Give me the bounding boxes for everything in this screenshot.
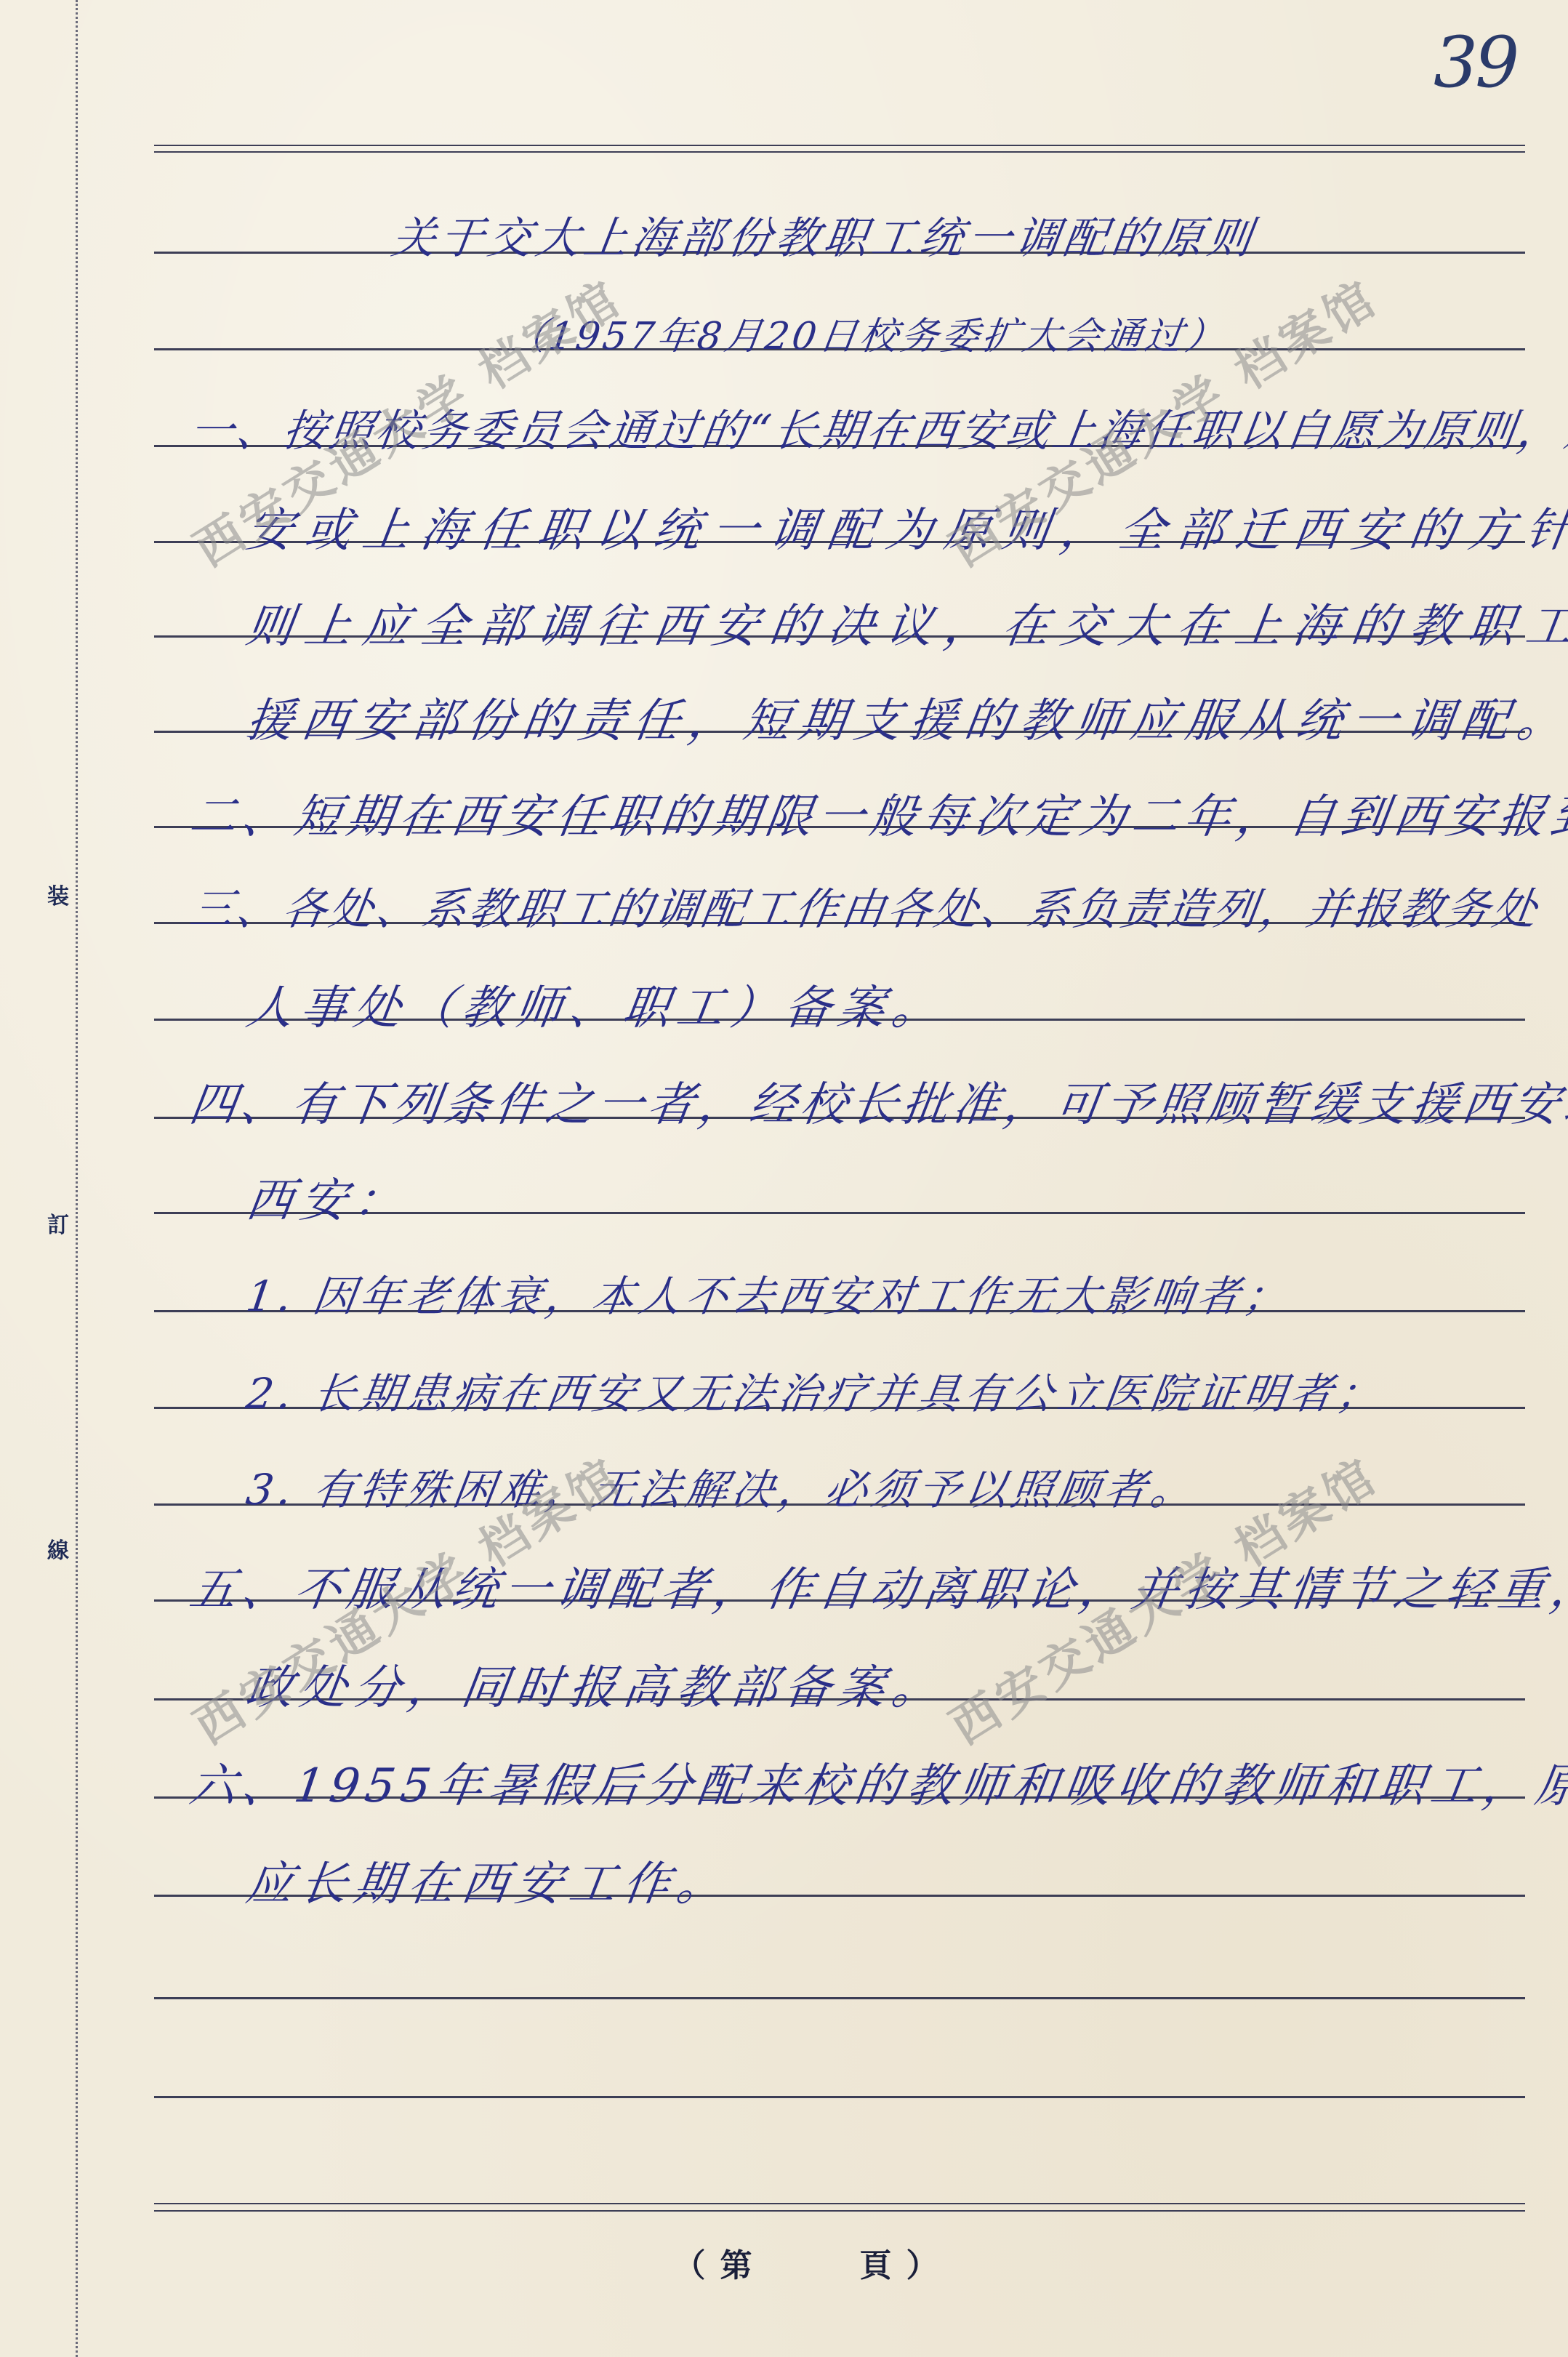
clause-4-item-1: 1. 因年老体衰，本人不去西安对工作无大影响者；: [243, 1262, 1295, 1323]
clause-1-line-4: 援西安部份的责任，短期支援的教师应服从统一调配。: [243, 683, 1568, 750]
clause-3-line-1: 三、各处、系教职工的调配工作由各处、系负责造列，并报教务处（教师）、: [186, 875, 1568, 937]
bottom-double-rule: [154, 2203, 1525, 2204]
document-title: 关于交大上海部份教职工统一调配的原则: [388, 204, 1261, 266]
clause-6-line-2: 应长期在西安工作。: [243, 1847, 736, 1914]
clause-4-item-2: 2. 长期患病在西安又无法治疗并具有公立医院证明者；: [243, 1360, 1388, 1421]
clause-4-line-1: 四、有下列条件之一者，经校长批准，可予照顾暂缓支援西安或免予支援: [186, 1067, 1568, 1134]
binding-char-ding: 訂: [42, 1207, 74, 1239]
bottom-double-rule: [154, 2210, 1525, 2212]
clause-4-line-2: 西安：: [243, 1163, 414, 1230]
binding-char-xian: 線: [42, 1533, 74, 1565]
ruled-line: [154, 1997, 1525, 1999]
page-footer-label: （第 頁）: [0, 2239, 1568, 2286]
clause-1-line-3: 则上应全部调往西安的决议，在交大在上海的教职工均应负有支: [243, 589, 1568, 656]
clause-5-line-2: 政处分，同时报高教部备案。: [243, 1650, 952, 1717]
clause-1-line-1: 一、按照校务委员会通过的“长期在西安或上海任职以自愿为原则，短期在西: [186, 396, 1568, 459]
top-double-rule: [154, 145, 1525, 146]
clause-2: 二、短期在西安任职的期限一般每次定为二年，自到西安报到之日起。: [186, 779, 1568, 846]
folio-number: 39: [1434, 22, 1516, 103]
clause-4-item-3: 3. 有特殊困难，无法解决，必须予以照顾者。: [243, 1455, 1202, 1517]
binding-char-zhuang: 装: [42, 878, 74, 910]
binding-dotted-line: [76, 0, 78, 2357]
clause-1-line-2: 安或上海任职以统一调配为原则，全部迁西安的方针，其教职工原: [243, 493, 1568, 560]
clause-6-line-1: 六、1955年暑假后分配来校的教师和吸收的教师和职工，原则上: [186, 1748, 1568, 1815]
top-double-rule: [154, 151, 1525, 153]
clause-3-line-2: 人事处（教师、职工）备案。: [243, 971, 952, 1037]
document-subtitle: （1957年8月20日校务委扩大会通过）: [505, 305, 1231, 360]
ruled-line: [154, 2096, 1525, 2098]
clause-5-line-1: 五、不服从统一调配者，作自动离职论，并按其情节之轻重，给予纪: [186, 1552, 1568, 1619]
